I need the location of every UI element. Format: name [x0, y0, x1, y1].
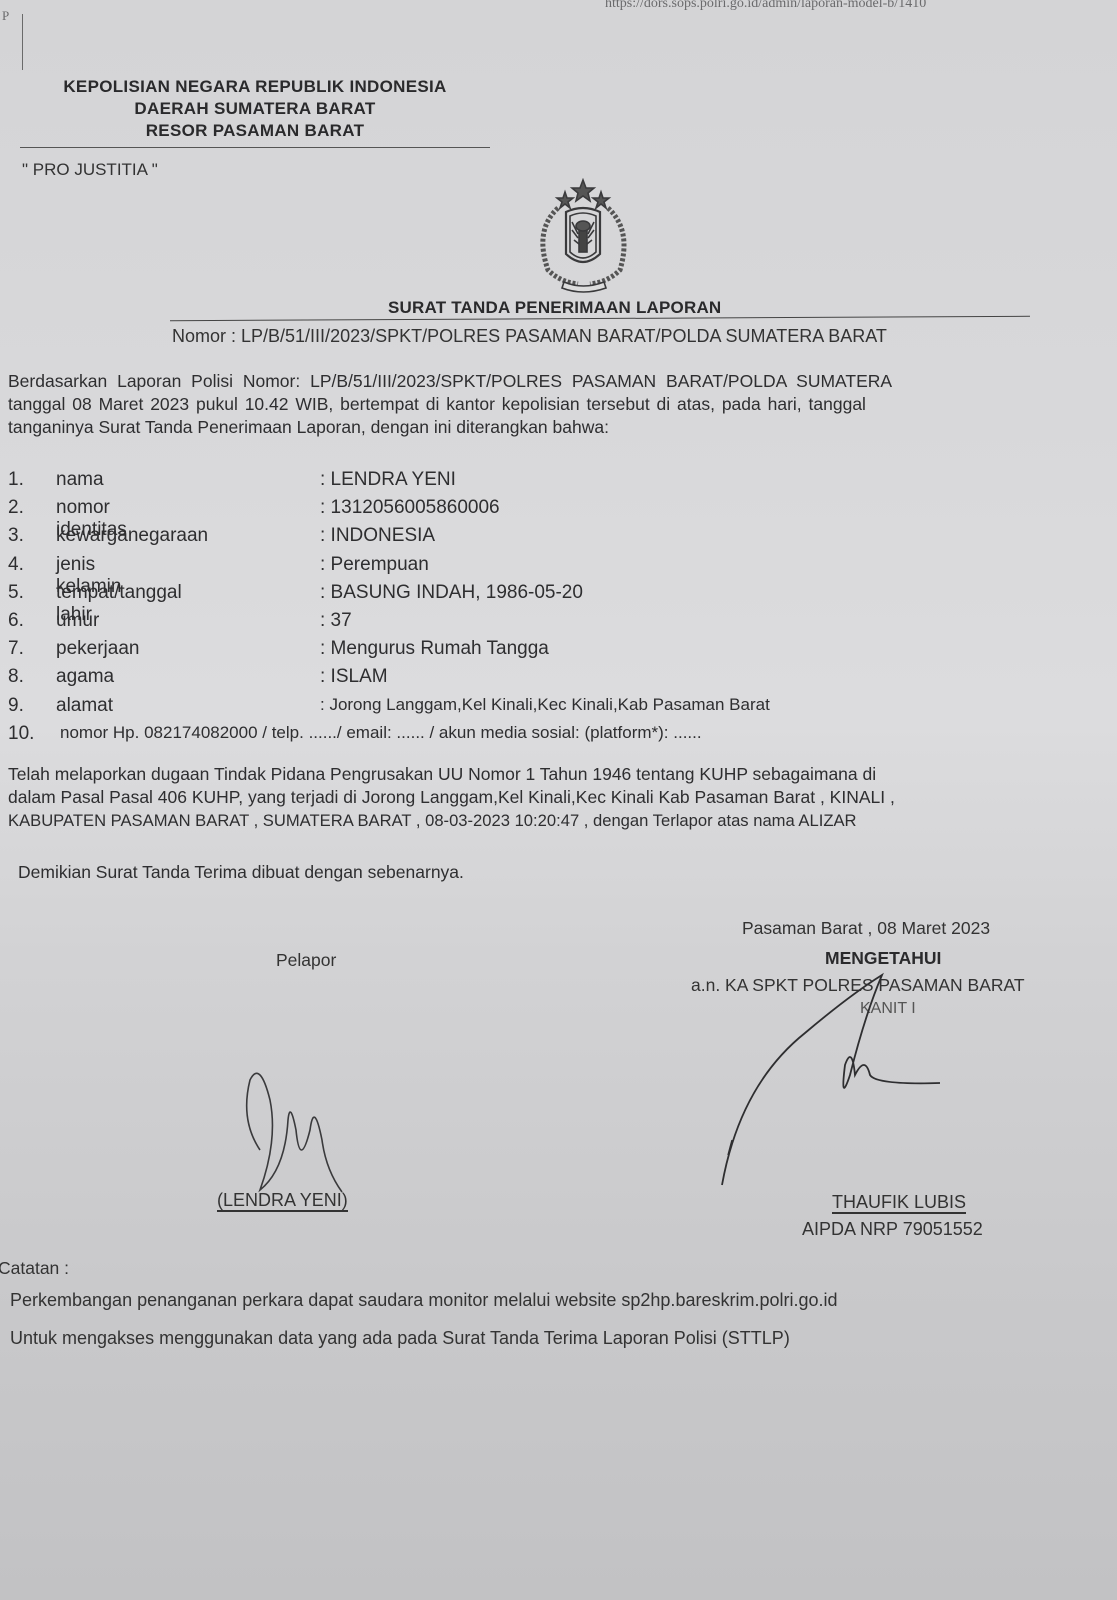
intro-line: Berdasarkan Laporan Polisi Nomor: LP/B/5… [8, 370, 1117, 393]
field-label: kewarganegaraan [56, 525, 208, 547]
place-date: Pasaman Barat , 08 Maret 2023 [742, 918, 990, 939]
pro-justitia: " PRO JUSTITIA " [22, 160, 158, 180]
paper-fold-line [22, 14, 23, 70]
agency-header: KEPOLISIAN NEGARA REPUBLIK INDONESIA DAE… [20, 76, 490, 142]
field-number: 2. [8, 497, 24, 519]
field-value: : Perempuan [320, 554, 429, 576]
document-title: SURAT TANDA PENERIMAAN LAPORAN [388, 298, 721, 318]
header-divider [20, 147, 490, 148]
field-number: 10. [8, 723, 34, 745]
header-line: KEPOLISIAN NEGARA REPUBLIK INDONESIA [20, 76, 490, 98]
contact-text: nomor Hp. 082174082000 / telp. ....../ e… [60, 723, 702, 743]
field-value: : 37 [320, 610, 352, 632]
field-label: nama [56, 469, 104, 491]
polri-emblem-icon [528, 178, 658, 298]
header-line: DAERAH SUMATERA BARAT [20, 98, 490, 120]
field-number: 7. [8, 638, 24, 660]
intro-paragraph: Berdasarkan Laporan Polisi Nomor: LP/B/5… [8, 370, 1117, 439]
reporter-name: (LENDRA YENI) [217, 1190, 348, 1212]
acknowledged-heading: MENGETAHUI [825, 948, 941, 969]
intro-line: tanganinya Surat Tanda Penerimaan Lapora… [8, 416, 1117, 439]
field-number: 6. [8, 610, 24, 632]
reporter-label: Pelapor [276, 950, 336, 971]
note-line: Untuk mengakses menggunakan data yang ad… [10, 1328, 790, 1349]
notes-label: Catatan : [0, 1258, 69, 1279]
field-label: pekerjaan [56, 638, 139, 660]
officer-rank-nrp: AIPDA NRP 79051552 [802, 1219, 983, 1240]
report-paragraph: Telah melaporkan dugaan Tindak Pidana Pe… [8, 763, 1117, 832]
field-label: agama [56, 666, 114, 688]
header-line: RESOR PASAMAN BARAT [20, 120, 490, 142]
report-line: KABUPATEN PASAMAN BARAT , SUMATERA BARAT… [8, 809, 1117, 832]
field-label: alamat [56, 695, 113, 717]
field-value: : Mengurus Rumah Tangga [320, 638, 549, 660]
field-value: : 1312056005860006 [320, 497, 500, 519]
field-value: : LENDRA YENI [320, 469, 456, 491]
field-number: 5. [8, 582, 24, 604]
report-line: dalam Pasal Pasal 406 KUHP, yang terjadi… [8, 786, 1117, 809]
field-value: : Jorong Langgam,Kel Kinali,Kec Kinali,K… [320, 695, 770, 715]
closing-statement: Demikian Surat Tanda Terima dibuat denga… [18, 862, 464, 883]
field-number: 1. [8, 469, 24, 491]
on-behalf-of: a.n. KA SPKT POLRES PASAMAN BARAT [691, 975, 1025, 996]
field-number: 8. [8, 666, 24, 688]
note-line: Perkembangan penanganan perkara dapat sa… [10, 1290, 838, 1311]
officer-name: THAUFIK LUBIS [832, 1192, 966, 1214]
field-value: : ISLAM [320, 666, 388, 688]
field-number: 3. [8, 525, 24, 547]
field-label: umur [56, 610, 99, 632]
intro-line: tanggal 08 Maret 2023 pukul 10.42 WIB, b… [8, 393, 1117, 416]
report-line: Telah melaporkan dugaan Tindak Pidana Pe… [8, 763, 1117, 786]
reporter-signature-icon [230, 1060, 370, 1200]
field-number: 9. [8, 695, 24, 717]
field-value: : INDONESIA [320, 525, 435, 547]
print-corner-mark: P [2, 8, 9, 24]
officer-position: KANIT I [860, 1000, 916, 1018]
field-number: 4. [8, 554, 24, 576]
field-value: : BASUNG INDAH, 1986-05-20 [320, 582, 583, 604]
document-number: Nomor : LP/B/51/III/2023/SPKT/POLRES PAS… [172, 326, 887, 347]
print-url: https://dors.sops.polri.go.id/admin/lapo… [605, 0, 926, 12]
